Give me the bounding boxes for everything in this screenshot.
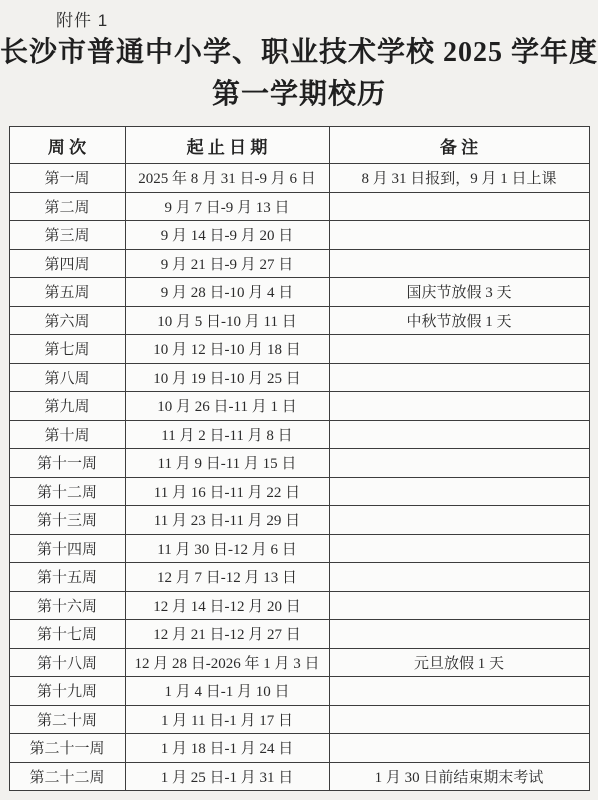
note-cell [329,591,589,620]
note-cell [329,677,589,706]
table-row: 第三周 9 月 14 日-9 月 20 日 [9,221,589,250]
week-cell: 第五周 [9,278,125,307]
note-cell [329,335,589,364]
table-row: 第十八周 12 月 28 日-2026 年 1 月 3 日 元旦放假 1 天 [9,648,589,677]
week-cell: 第十七周 [9,620,125,649]
note-cell [329,449,589,478]
week-cell: 第十九周 [9,677,125,706]
dates-cell: 10 月 5 日-10 月 11 日 [125,306,329,335]
dates-cell: 10 月 12 日-10 月 18 日 [125,335,329,364]
table-row: 第二周 9 月 7 日-9 月 13 日 [9,192,589,221]
table-row: 第二十二周 1 月 25 日-1 月 31 日 1 月 30 日前结束期末考试 [9,762,589,791]
dates-cell: 12 月 21 日-12 月 27 日 [125,620,329,649]
attachment-label: 附件 1 [56,6,108,31]
week-column-header: 周 次 [9,127,125,164]
note-cell: 8 月 31 日报到，9 月 1 日上课 [329,164,589,193]
note-cell: 国庆节放假 3 天 [329,278,589,307]
note-column-header: 备 注 [329,127,589,164]
dates-cell: 9 月 7 日-9 月 13 日 [125,192,329,221]
dates-cell: 1 月 25 日-1 月 31 日 [125,762,329,791]
note-cell: 元旦放假 1 天 [329,648,589,677]
week-cell: 第十二周 [9,477,125,506]
dates-column-header: 起 止 日 期 [125,127,329,164]
note-cell [329,221,589,250]
note-cell [329,363,589,392]
table-row: 第一周 2025 年 8 月 31 日-9 月 6 日 8 月 31 日报到，9… [9,164,589,193]
header-row: 周 次 起 止 日 期 备 注 [9,127,589,164]
title-line-1: 长沙市普通中小学、职业技术学校 2025 学年度 [0,32,598,74]
dates-cell: 9 月 14 日-9 月 20 日 [125,221,329,250]
week-cell: 第七周 [9,335,125,364]
table-row: 第十二周 11 月 16 日-11 月 22 日 [9,477,589,506]
title-line-2: 第一学期校历 [0,74,598,116]
week-cell: 第十五周 [9,563,125,592]
dates-cell: 9 月 28 日-10 月 4 日 [125,278,329,307]
dates-cell: 2025 年 8 月 31 日-9 月 6 日 [125,164,329,193]
note-cell [329,705,589,734]
calendar-table: 周 次 起 止 日 期 备 注 第一周 2025 年 8 月 31 日-9 月 … [9,126,590,791]
week-cell: 第八周 [9,363,125,392]
dates-cell: 12 月 28 日-2026 年 1 月 3 日 [125,648,329,677]
dates-cell: 9 月 21 日-9 月 27 日 [125,249,329,278]
table-row: 第九周 10 月 26 日-11 月 1 日 [9,392,589,421]
week-cell: 第三周 [9,221,125,250]
table-row: 第十一周 11 月 9 日-11 月 15 日 [9,449,589,478]
table-row: 第十七周 12 月 21 日-12 月 27 日 [9,620,589,649]
week-cell: 第二十周 [9,705,125,734]
table-row: 第四周 9 月 21 日-9 月 27 日 [9,249,589,278]
table-row: 第十四周 11 月 30 日-12 月 6 日 [9,534,589,563]
dates-cell: 11 月 16 日-11 月 22 日 [125,477,329,506]
dates-cell: 11 月 9 日-11 月 15 日 [125,449,329,478]
note-cell [329,477,589,506]
week-cell: 第十三周 [9,506,125,535]
table-row: 第八周 10 月 19 日-10 月 25 日 [9,363,589,392]
table-row: 第二十周 1 月 11 日-1 月 17 日 [9,705,589,734]
dates-cell: 11 月 23 日-11 月 29 日 [125,506,329,535]
week-cell: 第二周 [9,192,125,221]
week-cell: 第二十二周 [9,762,125,791]
table-row: 第十九周 1 月 4 日-1 月 10 日 [9,677,589,706]
table-row: 第十六周 12 月 14 日-12 月 20 日 [9,591,589,620]
note-cell [329,249,589,278]
week-cell: 第十一周 [9,449,125,478]
week-cell: 第十周 [9,420,125,449]
week-cell: 第六周 [9,306,125,335]
dates-cell: 12 月 14 日-12 月 20 日 [125,591,329,620]
note-cell [329,620,589,649]
dates-cell: 10 月 26 日-11 月 1 日 [125,392,329,421]
table-row: 第二十一周 1 月 18 日-1 月 24 日 [9,734,589,763]
dates-cell: 11 月 30 日-12 月 6 日 [125,534,329,563]
week-cell: 第九周 [9,392,125,421]
table-row: 第十三周 11 月 23 日-11 月 29 日 [9,506,589,535]
week-cell: 第十八周 [9,648,125,677]
dates-cell: 1 月 11 日-1 月 17 日 [125,705,329,734]
week-cell: 第十六周 [9,591,125,620]
week-cell: 第二十一周 [9,734,125,763]
note-cell [329,192,589,221]
table-row: 第六周 10 月 5 日-10 月 11 日 中秋节放假 1 天 [9,306,589,335]
dates-cell: 11 月 2 日-11 月 8 日 [125,420,329,449]
table-row: 第十五周 12 月 7 日-12 月 13 日 [9,563,589,592]
week-cell: 第四周 [9,249,125,278]
note-cell [329,420,589,449]
dates-cell: 10 月 19 日-10 月 25 日 [125,363,329,392]
dates-cell: 1 月 4 日-1 月 10 日 [125,677,329,706]
note-cell [329,392,589,421]
table-row: 第五周 9 月 28 日-10 月 4 日 国庆节放假 3 天 [9,278,589,307]
note-cell [329,506,589,535]
note-cell [329,534,589,563]
note-cell: 中秋节放假 1 天 [329,306,589,335]
table-row: 第七周 10 月 12 日-10 月 18 日 [9,335,589,364]
week-cell: 第一周 [9,164,125,193]
table-row: 第十周 11 月 2 日-11 月 8 日 [9,420,589,449]
dates-cell: 1 月 18 日-1 月 24 日 [125,734,329,763]
week-cell: 第十四周 [9,534,125,563]
note-cell: 1 月 30 日前结束期末考试 [329,762,589,791]
note-cell [329,563,589,592]
dates-cell: 12 月 7 日-12 月 13 日 [125,563,329,592]
note-cell [329,734,589,763]
